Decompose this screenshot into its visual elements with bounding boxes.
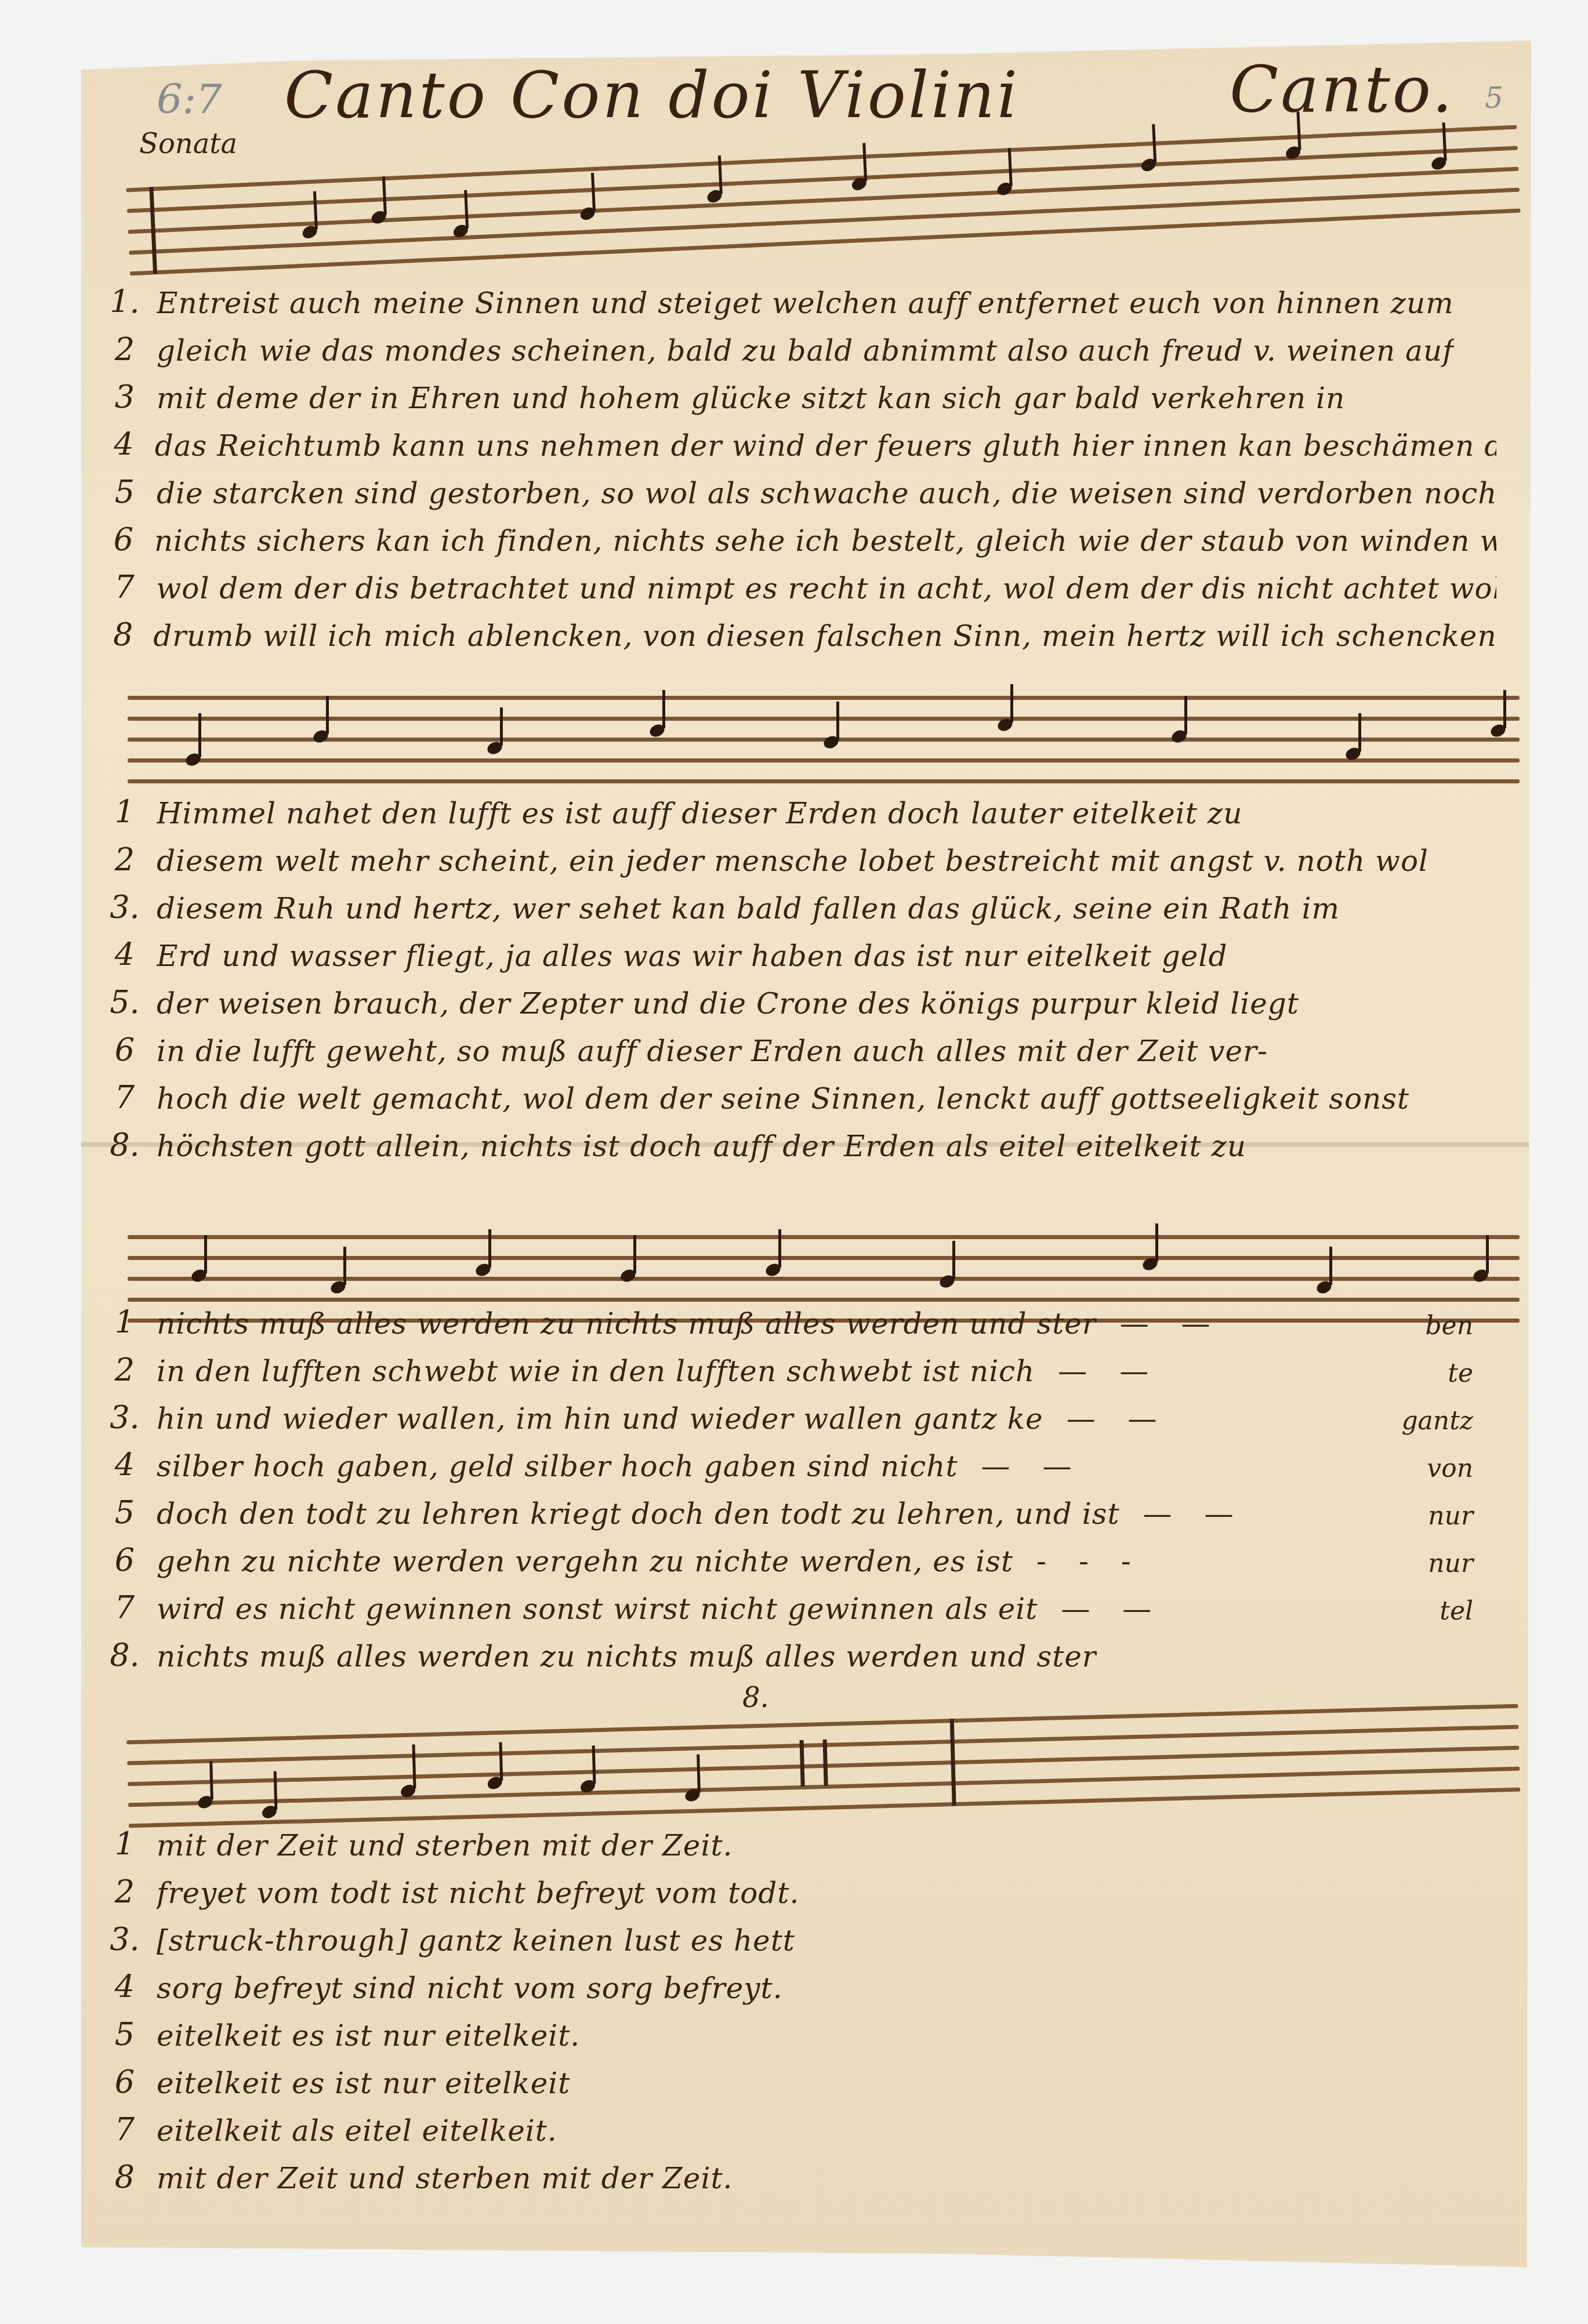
pencil-catalog-number: 6:7 [157, 75, 222, 123]
verse-line: 8mit der Zeit und sterben mit der Zeit. [93, 2148, 1496, 2195]
verse-line: 6eitelkeit es ist nur eitelkeit [93, 2053, 1496, 2100]
verse-line: 8.höchsten gott allein, nichts ist doch … [93, 1116, 1496, 1163]
verse-block-1: 1.Entreist auch meine Sinnen und steiget… [93, 273, 1496, 653]
verse-line: 3mit deme der in Ehren und hohem glücke … [93, 368, 1496, 415]
verse-line: 2freyet vom todt ist nicht befreyt vom t… [93, 1862, 1496, 1910]
verse-line: 7wol dem der dis betrachtet und nimpt es… [93, 558, 1496, 605]
verse-block-2: 1Himmel nahet den lufft es ist auff dies… [93, 783, 1496, 1163]
verse-line: 3.hin und wieder wallen, im hin und wied… [93, 1388, 1496, 1436]
verse-line: 5doch den todt zu lehren kriegt doch den… [93, 1483, 1496, 1531]
verse-line: 1Himmel nahet den lufft es ist auff dies… [93, 783, 1496, 830]
verse-line: 1mit der Zeit und sterben mit der Zeit. [93, 1815, 1496, 1862]
manuscript-page: 6:7 5 Canto Con doi Violini Canto. Sonat… [81, 41, 1531, 2267]
verse-line: 6gehn zu nichte werden vergehn zu nichte… [93, 1531, 1496, 1578]
verse-line: 4sorg befreyt sind nicht vom sorg befrey… [93, 1958, 1496, 2005]
verse-line: 8drumb will ich mich ablencken, von dies… [93, 605, 1496, 653]
pencil-corner-mark: 5 [1485, 81, 1503, 115]
verse-line: 5eitelkeit es ist nur eitelkeit. [93, 2005, 1496, 2053]
part-label: Canto. [1230, 52, 1455, 126]
verse-line: 4das Reichtumb kann uns nehmen der wind … [93, 415, 1496, 463]
music-staff-2 [128, 696, 1520, 794]
verse-line: 2diesem welt mehr scheint, ein jeder men… [93, 830, 1496, 878]
verse-line: 1.Entreist auch meine Sinnen und steiget… [93, 273, 1496, 320]
verse-line: 1nichts muß alles werden zu nichts muß a… [93, 1293, 1496, 1341]
sonata-label: Sonata [139, 128, 237, 160]
verse-line: 3.diesem Ruh und hertz, wer sehet kan ba… [93, 878, 1496, 925]
page-title: Canto Con doi Violini [284, 58, 1020, 132]
verse-line: 7hoch die welt gemacht, wol dem der sein… [93, 1068, 1496, 1116]
verse-line: 8.nichts muß alles werden zu nichts muß … [93, 1626, 1496, 1673]
verse-line: 4silber hoch gaben, geld silber hoch gab… [93, 1436, 1496, 1483]
verse-line: 7wird es nicht gewinnen sonst wirst nich… [93, 1578, 1496, 1626]
verse-line: 2in den lufften schwebt wie in den lufft… [93, 1341, 1496, 1388]
verse-line: 6in die lufft geweht, so muß auff dieser… [93, 1021, 1496, 1068]
measure-number: 8. [742, 1682, 769, 1714]
verse-line: 6nichts sichers kan ich finden, nichts s… [93, 510, 1496, 558]
verse-line: 7eitelkeit als eitel eitelkeit. [93, 2100, 1496, 2148]
verse-block-4: 1mit der Zeit und sterben mit der Zeit. … [93, 1815, 1496, 2195]
verse-line: 5.der weisen brauch, der Zepter und die … [93, 973, 1496, 1021]
verse-line: 3.[struck-through] gantz keinen lust es … [93, 1910, 1496, 1958]
verse-line: 4Erd und wasser fliegt, ja alles was wir… [93, 925, 1496, 973]
verse-line: 5die starcken sind gestorben, so wol als… [93, 463, 1496, 510]
verse-line: 2gleich wie das mondes scheinen, bald zu… [93, 320, 1496, 368]
music-staff-1 [126, 125, 1521, 287]
verse-block-3: 1nichts muß alles werden zu nichts muß a… [93, 1293, 1496, 1673]
